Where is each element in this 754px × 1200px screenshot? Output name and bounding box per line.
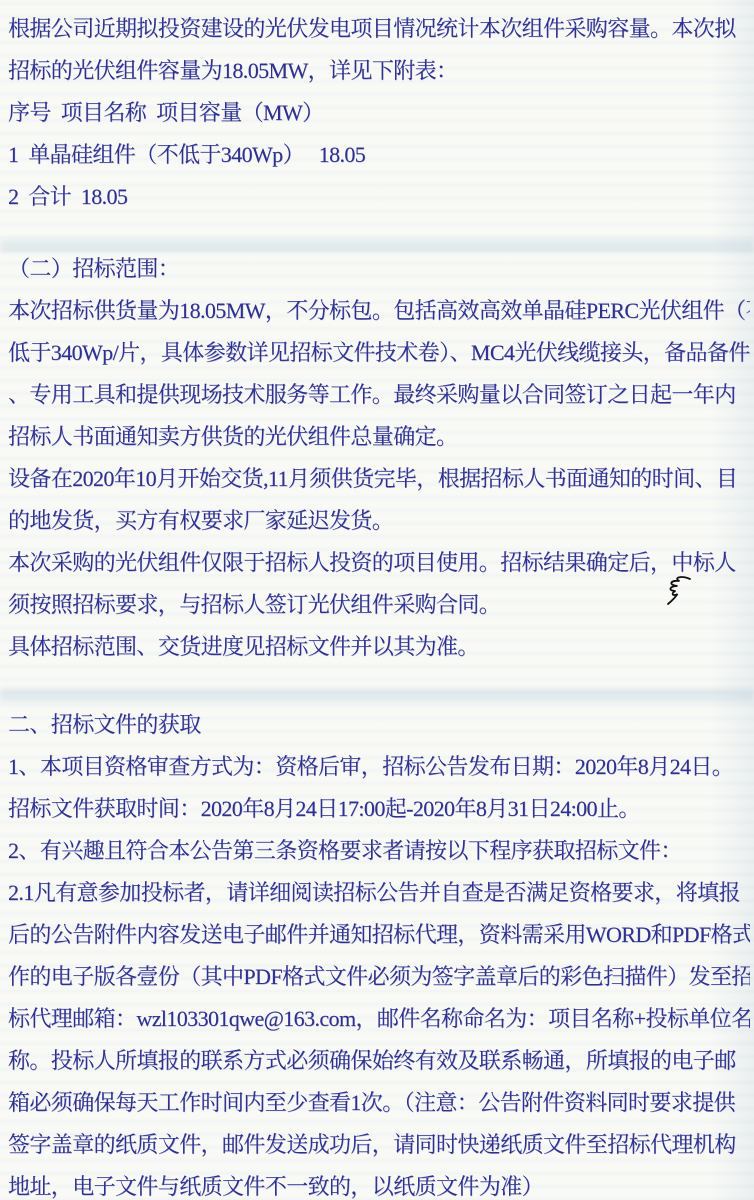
capacity-table-row: 2 合计 18.05	[8, 176, 750, 218]
bid-scope-line: 须按照招标要求，与招标人签订光伏组件采购合同。	[8, 584, 750, 626]
section2-item2-line: 2、有兴趣且符合本公告第三条资格要求者请按以下程序获取招标文件：	[8, 830, 750, 872]
intro-line: 招标的光伏组件容量为18.05MW，详见下附表：	[8, 50, 750, 92]
bid-scope-line: 本次采购的光伏组件仅限于招标人投资的项目使用。招标结果确定后，中标人	[8, 542, 750, 584]
section2-heading: 二、招标文件的获取	[8, 704, 750, 746]
bid-scope-line: 本次招标供货量为18.05MW，不分标包。包括高效高效单晶硅PERC光伏组件（不	[8, 290, 750, 332]
capacity-table-header: 序号 项目名称 项目容量（MW）	[8, 92, 750, 134]
bid-scope-line: 招标人书面通知卖方供货的光伏组件总量确定。	[8, 416, 750, 458]
section2-item21-line: 称。投标人所填报的联系方式必须确保始终有效及联系畅通，所填报的电子邮	[8, 1040, 750, 1082]
bid-scope-line: 低于340Wp/片，具体参数详见招标文件技术卷）、MC4光伏线缆接头，备品备件	[8, 332, 750, 374]
bid-scope-line: 的地发货，买方有权要求厂家延迟发货。	[8, 500, 750, 542]
document-page: 根据公司近期拟投资建设的光伏发电项目情况统计本次组件采购容量。本次拟 招标的光伏…	[0, 0, 754, 1200]
section2-item1-line: 1、本项目资格审查方式为：资格后审，招标公告发布日期：2020年8月24日。	[8, 746, 750, 788]
bid-scope-line: 设备在2020年10月开始交货,11月须供货完毕，根据招标人书面通知的时间、目	[8, 458, 750, 500]
section2-item1-line: 招标文件获取时间：2020年8月24日17:00起-2020年8月31日24:0…	[8, 788, 750, 830]
section2-item21-line: 作的电子版各壹份（其中PDF格式文件必须为签字盖章后的彩色扫描件）发至招	[8, 956, 750, 998]
intro-line: 根据公司近期拟投资建设的光伏发电项目情况统计本次组件采购容量。本次拟	[8, 8, 750, 50]
capacity-table-row: 1 单晶硅组件（不低于340Wp） 18.05	[8, 134, 750, 176]
section2-item21-line: 2.1凡有意参加投标者，请详细阅读招标公告并自查是否满足资格要求，将填报	[8, 872, 750, 914]
section2-item21-line: 标代理邮箱：wzl103301qwe@163.com，邮件名称命名为：项目名称+…	[8, 998, 750, 1040]
bid-scope-line: 具体招标范围、交货进度见招标文件并以其为准。	[8, 626, 750, 668]
section2-item21-line: 签字盖章的纸质文件，邮件发送成功后，请同时快递纸质文件至招标代理机构	[8, 1124, 750, 1166]
section2-item21-line: 后的公告附件内容发送电子邮件并通知招标代理，资料需采用WORD和PDF格式制	[8, 914, 750, 956]
ink-scribble-icon	[664, 573, 698, 609]
bid-scope-heading: （二）招标范围：	[8, 248, 750, 290]
bid-scope-line: 、专用工具和提供现场技术服务等工作。最终采购量以合同签订之日起一年内	[8, 374, 750, 416]
section2-item21-line: 地址，电子文件与纸质文件不一致的，以纸质文件为准）	[8, 1166, 750, 1200]
section2-item21-line: 箱必须确保每天工作时间内至少查看1次。（注意：公告附件资料同时要求提供	[8, 1082, 750, 1124]
document-content: 根据公司近期拟投资建设的光伏发电项目情况统计本次组件采购容量。本次拟 招标的光伏…	[0, 0, 754, 1200]
